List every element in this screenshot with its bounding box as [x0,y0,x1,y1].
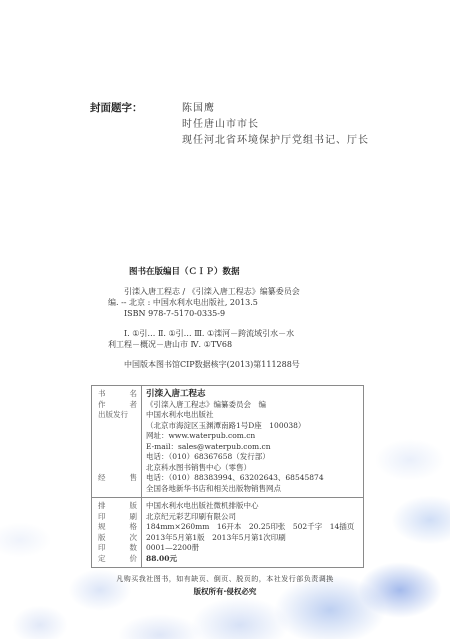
cip-line: 编. -- 北京 : 中国水利水电出版社, 2013.5 [108,297,368,308]
row-value: 0001—2200册 [142,543,364,554]
publication-info-table: 书名 引滦入唐工程志 作者 《引滦入唐工程志》编纂委员会 编 出版发行 中国水利… [91,385,364,568]
cip-heading: 图书在版编目（ＣＩＰ）数据 [129,265,240,277]
calligrapher-former-title: 时任唐山市市长 [182,117,442,133]
row-value: 北京科水图书销售中心（零售） 电话：（010）88383994、63202643… [142,463,364,498]
row-label: 经售 [92,463,142,498]
row-label: 作者 [92,400,142,411]
copyright-page: 封面题字： 陈国鹰 时任唐山市市长 现任河北省环境保护厅党组书记、厅长 图书在版… [0,0,450,639]
row-label: 版次 [92,533,142,544]
row-value: 引滦入唐工程志 [142,386,364,400]
publisher-website: 网址：www.waterpub.com.cn [146,431,359,442]
publisher-email: E-mail：sales@waterpub.com.cn [146,442,359,453]
row-label: 定价 [92,554,142,568]
book-title: 引滦入唐工程志 [146,389,206,399]
cover-inscription-lines: 陈国鹰 时任唐山市市长 现任河北省环境保护厅党组书记、厅长 [182,101,442,149]
row-value: 北京纪元彩艺印刷有限公司 [142,512,364,523]
row-label: 排版 [92,498,142,512]
table-row: 经售 北京科水图书销售中心（零售） 电话：（010）88383994、63202… [92,463,364,498]
calligrapher-current-title: 现任河北省环境保护厅党组书记、厅长 [182,133,442,149]
row-value: 184mm×260mm 16开本 20.25印张 502千字 14插页 [142,522,364,533]
row-label: 出版发行 [92,410,142,463]
table-row: 版次 2013年5月第1版 2013年5月第1次印刷 [92,533,364,544]
row-value: 88.00元 [142,554,364,568]
row-label: 印刷 [92,512,142,523]
row-label: 书名 [92,386,142,400]
cover-inscription-label: 封面题字： [90,101,170,116]
table-row: 印刷 北京纪元彩艺印刷有限公司 [92,512,364,523]
cip-classification-line: 利工程－概况－唐山市 Ⅳ. ①TV68 [108,339,368,350]
table-row: 印数 0001—2200册 [92,543,364,554]
row-value: 2013年5月第1版 2013年5月第1次印刷 [142,533,364,544]
cip-line: 引滦入唐工程志 / 《引滦入唐工程志》编纂委员会 [108,286,368,297]
table-row: 排版 中国水利水电出版社微机排版中心 [92,498,364,512]
cip-classification-line: Ⅰ. ①引… Ⅱ. ①引… Ⅲ. ①滦河－跨流域引水－水 [108,328,368,339]
row-label: 规格 [92,522,142,533]
row-value: 中国水利水电出版社微机排版中心 [142,498,364,512]
table-row: 作者 《引滦入唐工程志》编纂委员会 编 [92,400,364,411]
replacement-notice: 凡购买我社图书，如有缺页、倒页、脱页的，本社发行部负责调换 [0,574,450,584]
table-row: 出版发行 中国水利水电出版社 （北京市海淀区玉渊潭南路1号D座 100038） … [92,410,364,463]
price: 88.00元 [146,554,177,563]
row-label: 印数 [92,543,142,554]
row-value: 中国水利水电出版社 （北京市海淀区玉渊潭南路1号D座 100038） 网址：ww… [142,410,364,463]
row-value: 《引滦入唐工程志》编纂委员会 编 [142,400,364,411]
cip-record-number: 中国版本图书馆CIP数据核字(2013)第111288号 [108,359,368,370]
cip-isbn: ISBN 978-7-5170-0335-9 [108,308,368,319]
table-row: 定价 88.00元 [92,554,364,568]
table-row: 规格 184mm×260mm 16开本 20.25印张 502千字 14插页 [92,522,364,533]
table-row: 书名 引滦入唐工程志 [92,386,364,400]
calligrapher-name: 陈国鹰 [182,101,442,117]
copyright-notice: 版权所有·侵权必究 [0,586,450,597]
cip-data-block: 引滦入唐工程志 / 《引滦入唐工程志》编纂委员会 编. -- 北京 : 中国水利… [108,286,368,370]
